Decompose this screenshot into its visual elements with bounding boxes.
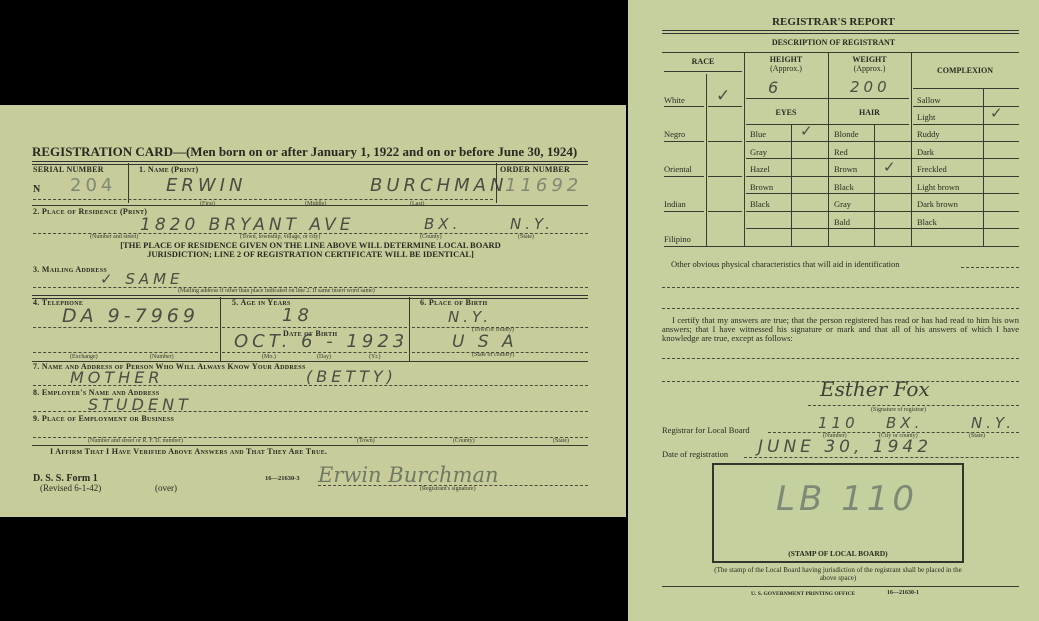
certification-text: I certify that my answers are true; that… (662, 316, 1019, 343)
hair-brown: Brown (834, 164, 857, 174)
telephone-value: DA 9-7969 (62, 305, 199, 327)
employment-street-caption: (Number and street or R. F. D. number) (88, 438, 183, 444)
age-value: 18 (282, 305, 313, 326)
first-caption: (First) (200, 201, 215, 207)
hair-red: Red (834, 147, 848, 157)
complexion-dark-brown: Dark brown (917, 199, 958, 209)
weight-header: WEIGHT (828, 55, 911, 64)
registration-date-label: Date of registration (662, 449, 728, 459)
local-board-city: BX. (886, 414, 923, 432)
race-oriental: Oriental (664, 164, 692, 174)
mailing-caption: (Mailing address if other than place ind… (178, 288, 375, 294)
employment-place-label: 9. Place of Employment or Business (33, 414, 174, 423)
stamp-box: LB 110 (STAMP OF LOCAL BOARD) (712, 463, 964, 563)
order-number-value: 11692 (505, 175, 582, 196)
race-filipino: Filipino (664, 234, 691, 244)
height-value: 6 (768, 78, 782, 97)
weight-value: 200 (850, 78, 891, 96)
dob-value: OCT. 6 - 1923 (234, 331, 408, 352)
registrant-signature: Erwin Burchman (318, 463, 499, 487)
residence-label: 2. Place of Residence (Print) (33, 207, 147, 216)
state-caption: (State) (518, 234, 534, 240)
birthplace-town-value: N.Y. (448, 308, 492, 326)
complexion-sallow: Sallow (917, 95, 941, 105)
stamp-note: (The stamp of the Local Board having jur… (708, 566, 968, 582)
complexion-header: COMPLEXION (911, 66, 1019, 75)
hair-black: Black (834, 182, 854, 192)
eyes-header: EYES (744, 108, 828, 117)
yr-caption: (Yr.) (369, 354, 381, 360)
eyes-hazel: Hazel (750, 164, 770, 174)
employment-state-caption: (State) (553, 438, 569, 444)
card-title: REGISTRATION CARD—(Men born on or after … (32, 144, 577, 160)
race-white: White (664, 95, 685, 105)
registrar-signature-caption: (Signature of registrar) (871, 407, 926, 413)
mailing-value: ✓ SAME (100, 270, 184, 288)
day-caption: (Day) (317, 354, 331, 360)
signature-caption: (Registrant's signature) (420, 486, 476, 492)
complexion-light: Light (917, 112, 935, 122)
hair-header: HAIR (828, 108, 911, 117)
residence-county-value: BX. (424, 215, 461, 233)
height-subheader: (Approx.) (744, 64, 828, 73)
birthplace-label: 6. Place of Birth (420, 298, 487, 307)
hair-check: ✓ (883, 158, 900, 176)
print-code: 16—21630-3 (265, 475, 300, 482)
name-label: 1. Name (Print) (139, 165, 199, 174)
hair-bald: Bald (834, 217, 850, 227)
first-name-value: ERWIN (166, 175, 246, 196)
middle-caption: (Middle) (305, 201, 326, 207)
complexion-ruddy: Ruddy (917, 129, 940, 139)
residence-street-value: 1820 BRYANT AVE (140, 215, 355, 235)
residence-state-value: N.Y. (510, 215, 554, 233)
employment-county-caption: (County) (453, 438, 475, 444)
exchange-caption: (Exchange) (70, 354, 98, 360)
race-check: ✓ (716, 86, 734, 106)
printer-code: 16—21630-1 (887, 590, 919, 596)
number-caption: (Number) (150, 354, 174, 360)
notice-line-2: JURISDICTION; LINE 2 OF REGISTRATION CER… (33, 250, 588, 259)
complexion-black: Black (917, 217, 937, 227)
contact-name-value: (BETTY) (306, 367, 397, 386)
complexion-light-brown: Light brown (917, 182, 959, 192)
hair-blonde: Blonde (834, 129, 859, 139)
stamp-value: LB 110 (776, 479, 918, 519)
eyes-check: ✓ (800, 122, 817, 140)
hair-gray: Gray (834, 199, 851, 209)
local-board-label: Registrar for Local Board (662, 425, 750, 435)
complexion-dark: Dark (917, 147, 934, 157)
board-state-caption: (State) (969, 433, 985, 439)
last-name-value: BURCHMAN (370, 175, 507, 196)
serial-prefix: N (33, 184, 40, 195)
race-negro: Negro (664, 129, 685, 139)
eyes-black: Black (750, 199, 770, 209)
race-header: RACE (662, 57, 744, 66)
other-characteristics-label: Other obvious physical characteristics t… (671, 259, 900, 269)
birthplace-country-value: U S A (452, 332, 518, 352)
birthplace-country-caption: (State or country) (472, 352, 514, 358)
stamp-caption: (STAMP OF LOCAL BOARD) (714, 549, 962, 558)
eyes-blue: Blue (750, 129, 766, 139)
registrar-signature: Esther Fox (820, 377, 930, 401)
printer-label: U. S. GOVERNMENT PRINTING OFFICE (751, 591, 855, 597)
affirmation-text: I Affirm That I Have Verified Above Answ… (50, 447, 327, 456)
race-indian: Indian (664, 199, 686, 209)
complexion-freckled: Freckled (917, 164, 947, 174)
employment-town-caption: (Town) (357, 438, 375, 444)
registration-date-value: JUNE 30, 1942 (758, 437, 932, 457)
registration-card-front: REGISTRATION CARD—(Men born on or after … (0, 105, 626, 517)
revised-date: (Revised 6-1-42) (40, 483, 101, 493)
local-board-number: 110 (818, 414, 859, 432)
mo-caption: (Mo.) (262, 354, 276, 360)
description-subtitle: DESCRIPTION OF REGISTRANT (628, 38, 1039, 47)
eyes-brown: Brown (750, 182, 773, 192)
local-board-state: N.Y. (971, 414, 1015, 432)
report-title: REGISTRAR'S REPORT (628, 16, 1039, 28)
last-caption: (Last) (410, 201, 424, 207)
weight-subheader: (Approx.) (828, 64, 911, 73)
order-number-label: ORDER NUMBER (500, 165, 570, 174)
height-header: HEIGHT (744, 55, 828, 64)
over-note: (over) (155, 483, 177, 493)
eyes-gray: Gray (750, 147, 767, 157)
registrars-report: REGISTRAR'S REPORT DESCRIPTION OF REGIST… (628, 0, 1039, 621)
residence-notice: [THE PLACE OF RESIDENCE GIVEN ON THE LIN… (33, 241, 588, 259)
serial-number-value: 204 (70, 175, 116, 196)
mailing-label: 3. Mailing Address (33, 265, 107, 274)
serial-number-label: SERIAL NUMBER (33, 165, 104, 174)
